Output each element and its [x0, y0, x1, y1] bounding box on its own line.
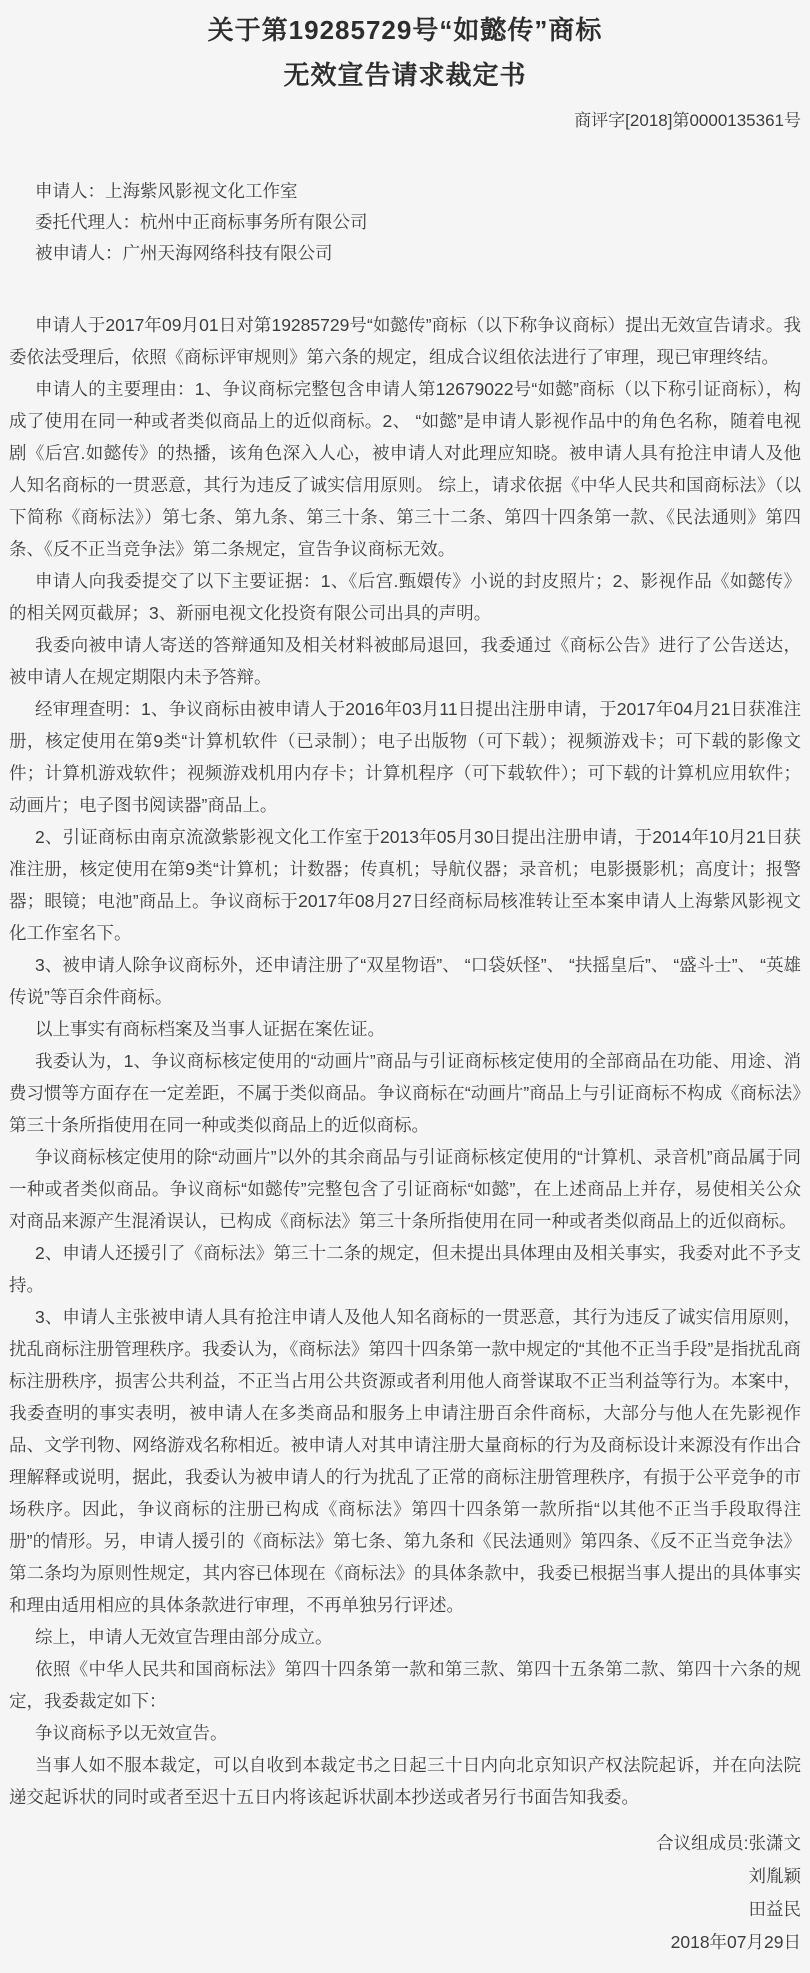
body-paragraph: 3、被申请人除争议商标外，还申请注册了“双星物语”、 “口袋妖怪”、 “扶摇皇后… — [9, 949, 801, 1013]
party-line: 申请人：上海紫风影视文化工作室 — [9, 176, 801, 207]
party-line: 委托代理人：杭州中正商标事务所有限公司 — [9, 207, 801, 238]
trademark-ruling-document: 关于第19285729号“如懿传”商标 无效宣告请求裁定书 商评字[2018]第… — [0, 0, 810, 1973]
body-paragraph: 2、引证商标由南京流潋紫影视文化工作室于2013年05月30日提出注册申请，于2… — [9, 821, 801, 949]
document-title-line1: 关于第19285729号“如懿传”商标 — [9, 8, 801, 53]
signature-line: 合议组成员:张潇文 — [9, 1827, 801, 1860]
body-paragraph: 依照《中华人民共和国商标法》第四十四条第一款和第三款、第四十五条第二款、第四十六… — [9, 1653, 801, 1717]
body-paragraph: 当事人如不服本裁定，可以自收到本裁定书之日起三十日内向北京知识产权法院起诉，并在… — [9, 1749, 801, 1813]
document-title-line2: 无效宣告请求裁定书 — [9, 53, 801, 98]
case-number: 商评字[2018]第0000135361号 — [9, 110, 801, 132]
body-paragraph: 我委认为，1、争议商标核定使用的“动画片”商品与引证商标核定使用的全部商品在功能… — [9, 1045, 801, 1141]
signature-line: 2018年07月29日 — [9, 1926, 801, 1959]
ruling-body: 申请人于2017年09月01日对第19285729号“如懿传”商标（以下称争议商… — [9, 309, 801, 1813]
signature-line: 田益民 — [9, 1893, 801, 1926]
body-paragraph: 2、申请人还援引了《商标法》第三十二条的规定，但未提出具体理由及相关事实，我委对… — [9, 1237, 801, 1301]
body-paragraph: 争议商标予以无效宣告。 — [9, 1717, 801, 1749]
body-paragraph: 3、申请人主张被申请人具有抢注申请人及他人知名商标的一贯恶意，其行为违反了诚实信… — [9, 1301, 801, 1621]
body-paragraph: 我委向被申请人寄送的答辩通知及相关材料被邮局退回，我委通过《商标公告》进行了公告… — [9, 629, 801, 693]
party-line: 被申请人：广州天海网络科技有限公司 — [9, 238, 801, 269]
body-paragraph: 经审理查明：1、争议商标由被申请人于2016年03月11日提出注册申请，于201… — [9, 693, 801, 821]
body-paragraph: 申请人于2017年09月01日对第19285729号“如懿传”商标（以下称争议商… — [9, 309, 801, 373]
body-paragraph: 综上，申请人无效宣告理由部分成立。 — [9, 1621, 801, 1653]
body-paragraph: 申请人的主要理由：1、争议商标完整包含申请人第12679022号“如懿”商标（以… — [9, 373, 801, 565]
parties-block: 申请人：上海紫风影视文化工作室委托代理人：杭州中正商标事务所有限公司被申请人：广… — [9, 176, 801, 269]
signature-block: 合议组成员:张潇文刘胤颖田益民2018年07月29日 — [9, 1827, 801, 1959]
body-paragraph: 争议商标核定使用的除“动画片”以外的其余商品与引证商标核定使用的“计算机、录音机… — [9, 1141, 801, 1237]
body-paragraph: 申请人向我委提交了以下主要证据：1、《后宫.甄嬛传》小说的封皮照片；2、影视作品… — [9, 565, 801, 629]
body-paragraph: 以上事实有商标档案及当事人证据在案佐证。 — [9, 1013, 801, 1045]
signature-line: 刘胤颖 — [9, 1860, 801, 1893]
